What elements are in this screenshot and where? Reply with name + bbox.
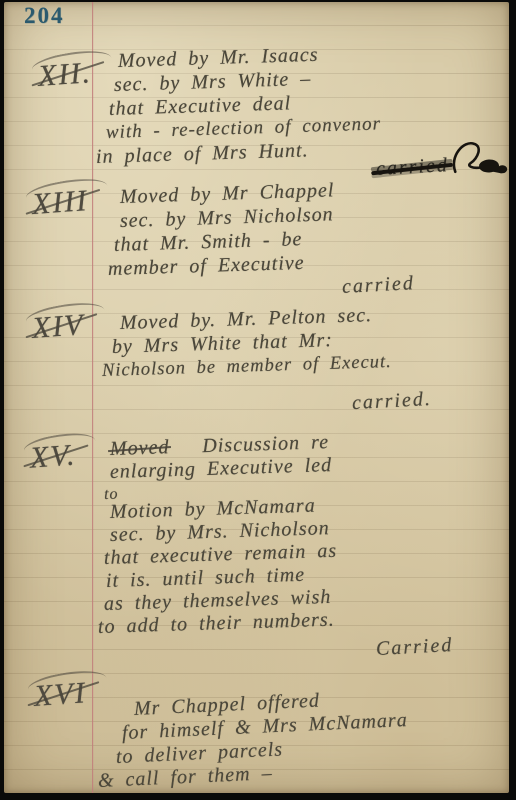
entry-numeral-xiii: XIII [31,186,89,220]
ink-blot [449,135,509,184]
entry-numeral-xv: XV. [29,440,77,473]
entry-numeral-xvi: XVI [33,678,88,712]
ruled-paper: 204 XII. Moved by Mr. Isaacs sec. by Mrs… [4,2,509,793]
entry-body: Moved by Mr. Isaacs sec. by Mrs White – … [118,50,381,170]
scanned-minutes-page: 204 XII. Moved by Mr. Isaacs sec. by Mrs… [0,0,516,800]
entry-line-text: Discussion re [202,431,329,457]
result-label: carried. [351,388,432,415]
result-label: Carried [375,634,453,661]
entry-numeral-xiv: XIV [31,310,86,344]
entry-body: Moved by. Mr. Pelton sec. by Mrs White t… [120,312,392,384]
struck-carried-word: carried [375,154,449,180]
entry-body: Moved by Mr Chappel sec. by Mrs Nicholso… [120,186,335,282]
entry-numeral-xii: XII. [37,58,93,92]
result-label: carried [341,272,415,299]
result-label-struck: carried [375,154,449,181]
entry-body: Mr Chappel offered for himself & Mrs McN… [134,698,408,794]
entry-body: Moved Discussion re enlarging Executive … [110,438,337,639]
struck-moved-word: Moved [110,436,170,460]
page-number: 204 [24,3,65,29]
